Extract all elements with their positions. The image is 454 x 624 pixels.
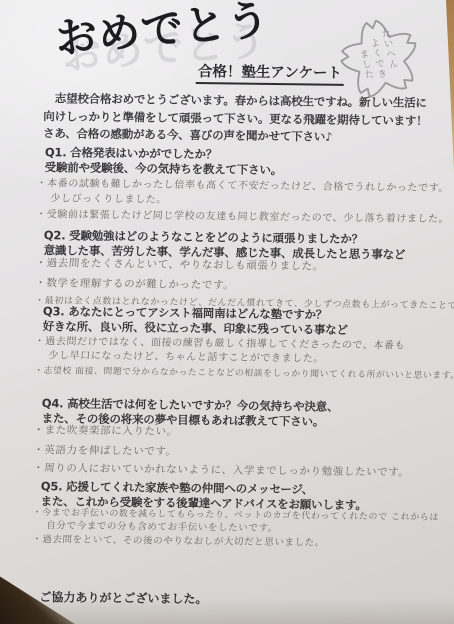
handwritten-answer-line: ・数学を理解するのが難しかったです。 (35, 277, 454, 295)
question-3-title: Q3. あなたにとってアシスト福岡南はどんな塾ですか？ 好きな所、良い所、役に立… (43, 304, 348, 337)
question-1-answers: ・本番の試験も難しかったし倍率も高くて不安だったけど、合格でうれしかったです。 … (36, 177, 450, 226)
survey-subtitle: 合格！塾生アンケート (196, 60, 344, 86)
question-2-title: Q2. 受験勉強はどのようなことをどのように頑張りましたか？ 意識した事、苦労し… (44, 228, 406, 261)
question-5-answers: ・今までお手伝いの数を減らしてもらったり、ペットのカゴを代わってくれたので これ… (32, 507, 439, 551)
survey-content: おめでとう おめでとう 合格！塾生アンケート たいへん よくでき ました 志望校… (0, 0, 454, 624)
question-1-title: Q1. 合格発表はいかがでしたか？ 受験前や受験後、今の気持ちを教えて下さい。 (45, 145, 283, 177)
handwritten-answer-line: 少しびっくりしました。 (50, 192, 450, 210)
handwritten-answer-line: ・周りの人においていかれないように、入学までしっかり勉強したいです。 (33, 462, 410, 480)
question-4-answers: ・また吹奏楽部に入りたい。 ・英語力を伸ばしたいです。 ・周りの人においていかれ… (33, 424, 410, 480)
question-3-answers: ・過去問だけではなく、面接の練習も厳しく指導してくださったので、本番も 少し早口… (34, 335, 454, 382)
survey-photo: { "header": { "title": "おめでとう", "subtitl… (0, 0, 454, 624)
handwritten-answer-line: ・受験前は緊張したけど同じ学校の友達も同じ教室だったので、少し落ち着けました。 (36, 208, 450, 226)
bottom-shadow (0, 598, 454, 624)
handwritten-answer-line: ・志望校 面接、問題で分からなかったことなどの相談をしっかり聞いてくれる所がいい… (34, 365, 454, 382)
question-title-line: 好きな所、良い所、役に立った事、印象に残っている事など (43, 319, 348, 337)
handwritten-answer-line: ・英語力を伸ばしたいです。 (33, 444, 410, 462)
handwritten-answer-line: ・過去問をといて、その後のやりなおしが大切だと思いました。 (32, 534, 439, 551)
handwritten-answer-line: ・また吹奏楽部に入りたい。 (33, 424, 410, 442)
question-title-line: 受験前や受験後、今の気持ちを教えて下さい。 (45, 160, 282, 177)
